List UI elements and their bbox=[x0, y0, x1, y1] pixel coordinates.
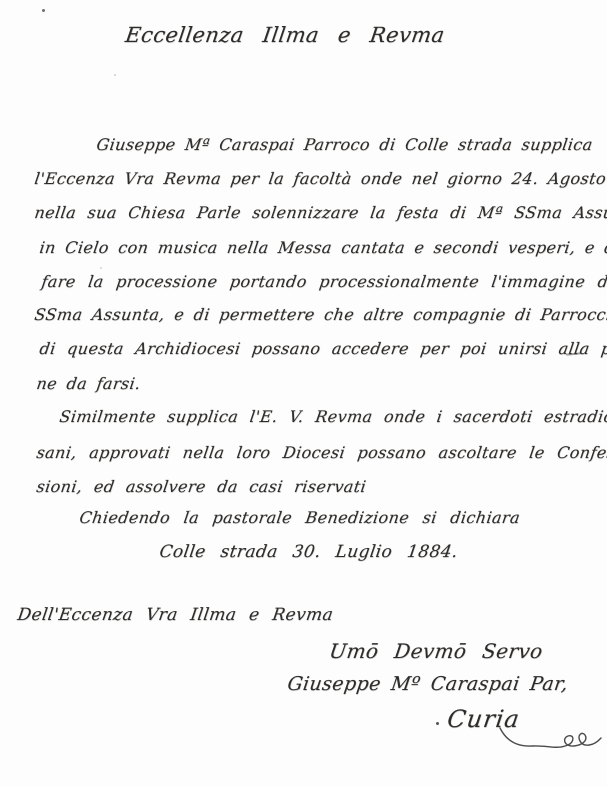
scanned-letter-page: Eccellenza Illma e Revma Giuseppe Mª Car… bbox=[0, 0, 607, 787]
signature-line: Giuseppe Mº Caraspai Par, bbox=[286, 673, 570, 695]
valediction-right: Umō Devmō Servo bbox=[328, 640, 544, 662]
letter-body-line: Giuseppe Mª Caraspai Parroco di Colle st… bbox=[95, 134, 594, 156]
pen-flourish-icon bbox=[498, 714, 604, 758]
scan-speck bbox=[100, 267, 102, 269]
letter-body-line: sani, approvati nella loro Diocesi possa… bbox=[35, 442, 607, 464]
letter-closing-line: Chiedendo la pastorale Benedizione si di… bbox=[78, 507, 522, 529]
scan-speck bbox=[114, 74, 116, 76]
valediction-left: Dell'Eccenza Vra Illma e Revma bbox=[16, 604, 335, 626]
letter-body-line: SSma Assunta, e di permettere che altre … bbox=[33, 304, 607, 326]
letter-salutation: Eccellenza Illma e Revma bbox=[0, 24, 607, 46]
letter-body-line: in Cielo con musica nella Messa cantata … bbox=[38, 237, 607, 259]
scan-speck bbox=[42, 9, 45, 12]
letter-dateline: Colle strada 30. Luglio 1884. bbox=[158, 541, 459, 563]
letter-body-line: ne da farsi. bbox=[35, 373, 142, 395]
letter-body-line: l'Eccenza Vra Revma per la facoltà onde … bbox=[33, 168, 607, 190]
letter-body-line: nella sua Chiesa Parle solennizzare la f… bbox=[33, 202, 607, 224]
letter-body-line: di questa Archidiocesi possano accedere … bbox=[38, 338, 607, 360]
letter-body-line: sioni, ed assolvere da casi riservati bbox=[35, 476, 368, 498]
letter-body-line: Similmente supplica l'E. V. Revma onde i… bbox=[58, 406, 607, 428]
letter-body-line: fare la processione portando processiona… bbox=[40, 271, 607, 293]
ink-dot bbox=[436, 722, 439, 725]
